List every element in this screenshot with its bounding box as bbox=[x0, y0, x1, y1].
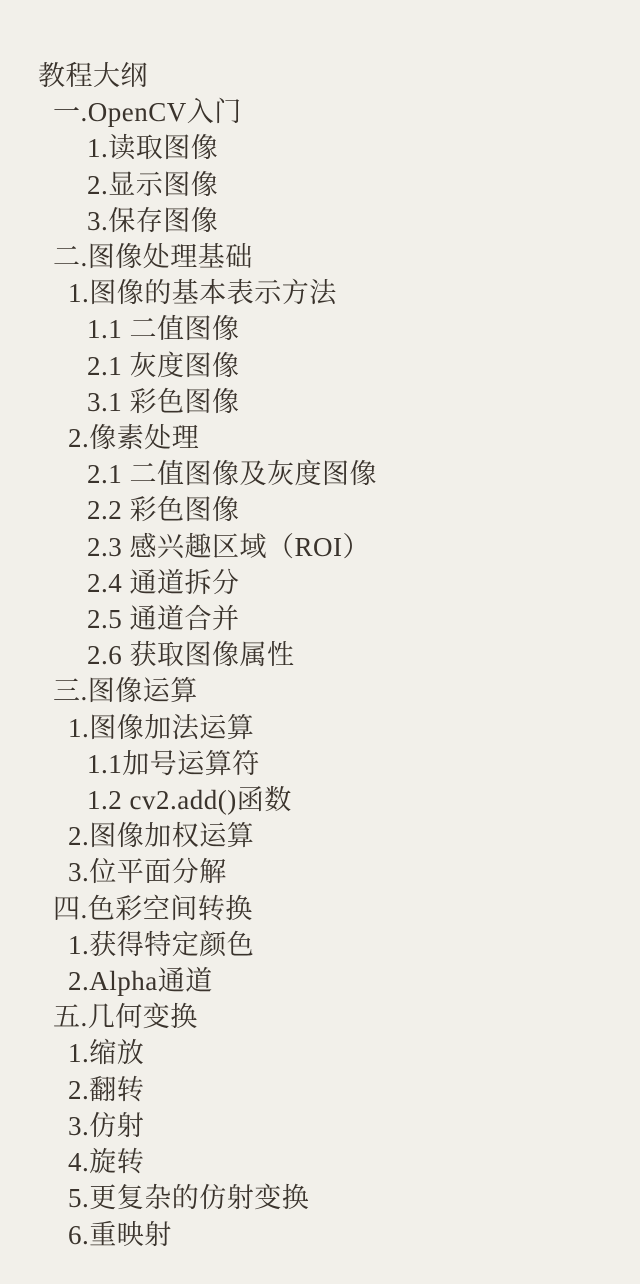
outline-item: 二.图像处理基础 bbox=[0, 239, 640, 275]
outline-item: 6.重映射 bbox=[0, 1217, 640, 1253]
outline-item: 1.获得特定颜色 bbox=[0, 927, 640, 963]
outline-item: 3.位平面分解 bbox=[0, 854, 640, 890]
outline-item: 2.6 获取图像属性 bbox=[0, 637, 640, 673]
outline-item: 3.1 彩色图像 bbox=[0, 384, 640, 420]
outline-item: 2.3 感兴趣区域（ROI） bbox=[0, 529, 640, 565]
outline-item: 3.仿射 bbox=[0, 1108, 640, 1144]
outline-item: 1.缩放 bbox=[0, 1035, 640, 1071]
outline-item: 1.读取图像 bbox=[0, 130, 640, 166]
outline-item: 2.图像加权运算 bbox=[0, 818, 640, 854]
outline-item: 2.1 灰度图像 bbox=[0, 348, 640, 384]
outline-item: 3.保存图像 bbox=[0, 203, 640, 239]
outline-item: 2.像素处理 bbox=[0, 420, 640, 456]
outline-item: 2.显示图像 bbox=[0, 167, 640, 203]
outline-item: 三.图像运算 bbox=[0, 673, 640, 709]
outline-item: 4.旋转 bbox=[0, 1144, 640, 1180]
outline-item: 2.4 通道拆分 bbox=[0, 565, 640, 601]
outline-item: 一.OpenCV入门 bbox=[0, 94, 640, 130]
outline-item: 2.1 二值图像及灰度图像 bbox=[0, 456, 640, 492]
outline-item: 1.1 二值图像 bbox=[0, 311, 640, 347]
document-title: 教程大纲 bbox=[0, 58, 640, 94]
outline-item: 2.翻转 bbox=[0, 1072, 640, 1108]
outline-item: 5.更复杂的仿射变换 bbox=[0, 1180, 640, 1216]
outline-item: 2.Alpha通道 bbox=[0, 963, 640, 999]
document-page: 教程大纲 一.OpenCV入门 1.读取图像 2.显示图像 3.保存图像 二.图… bbox=[0, 0, 640, 1284]
outline-item: 1.图像的基本表示方法 bbox=[0, 275, 640, 311]
outline-item: 五.几何变换 bbox=[0, 999, 640, 1035]
outline-item: 2.2 彩色图像 bbox=[0, 492, 640, 528]
outline-item: 四.色彩空间转换 bbox=[0, 891, 640, 927]
outline-item: 1.1加号运算符 bbox=[0, 746, 640, 782]
outline-item: 2.5 通道合并 bbox=[0, 601, 640, 637]
outline-item: 1.2 cv2.add()函数 bbox=[0, 782, 640, 818]
outline-item: 1.图像加法运算 bbox=[0, 710, 640, 746]
